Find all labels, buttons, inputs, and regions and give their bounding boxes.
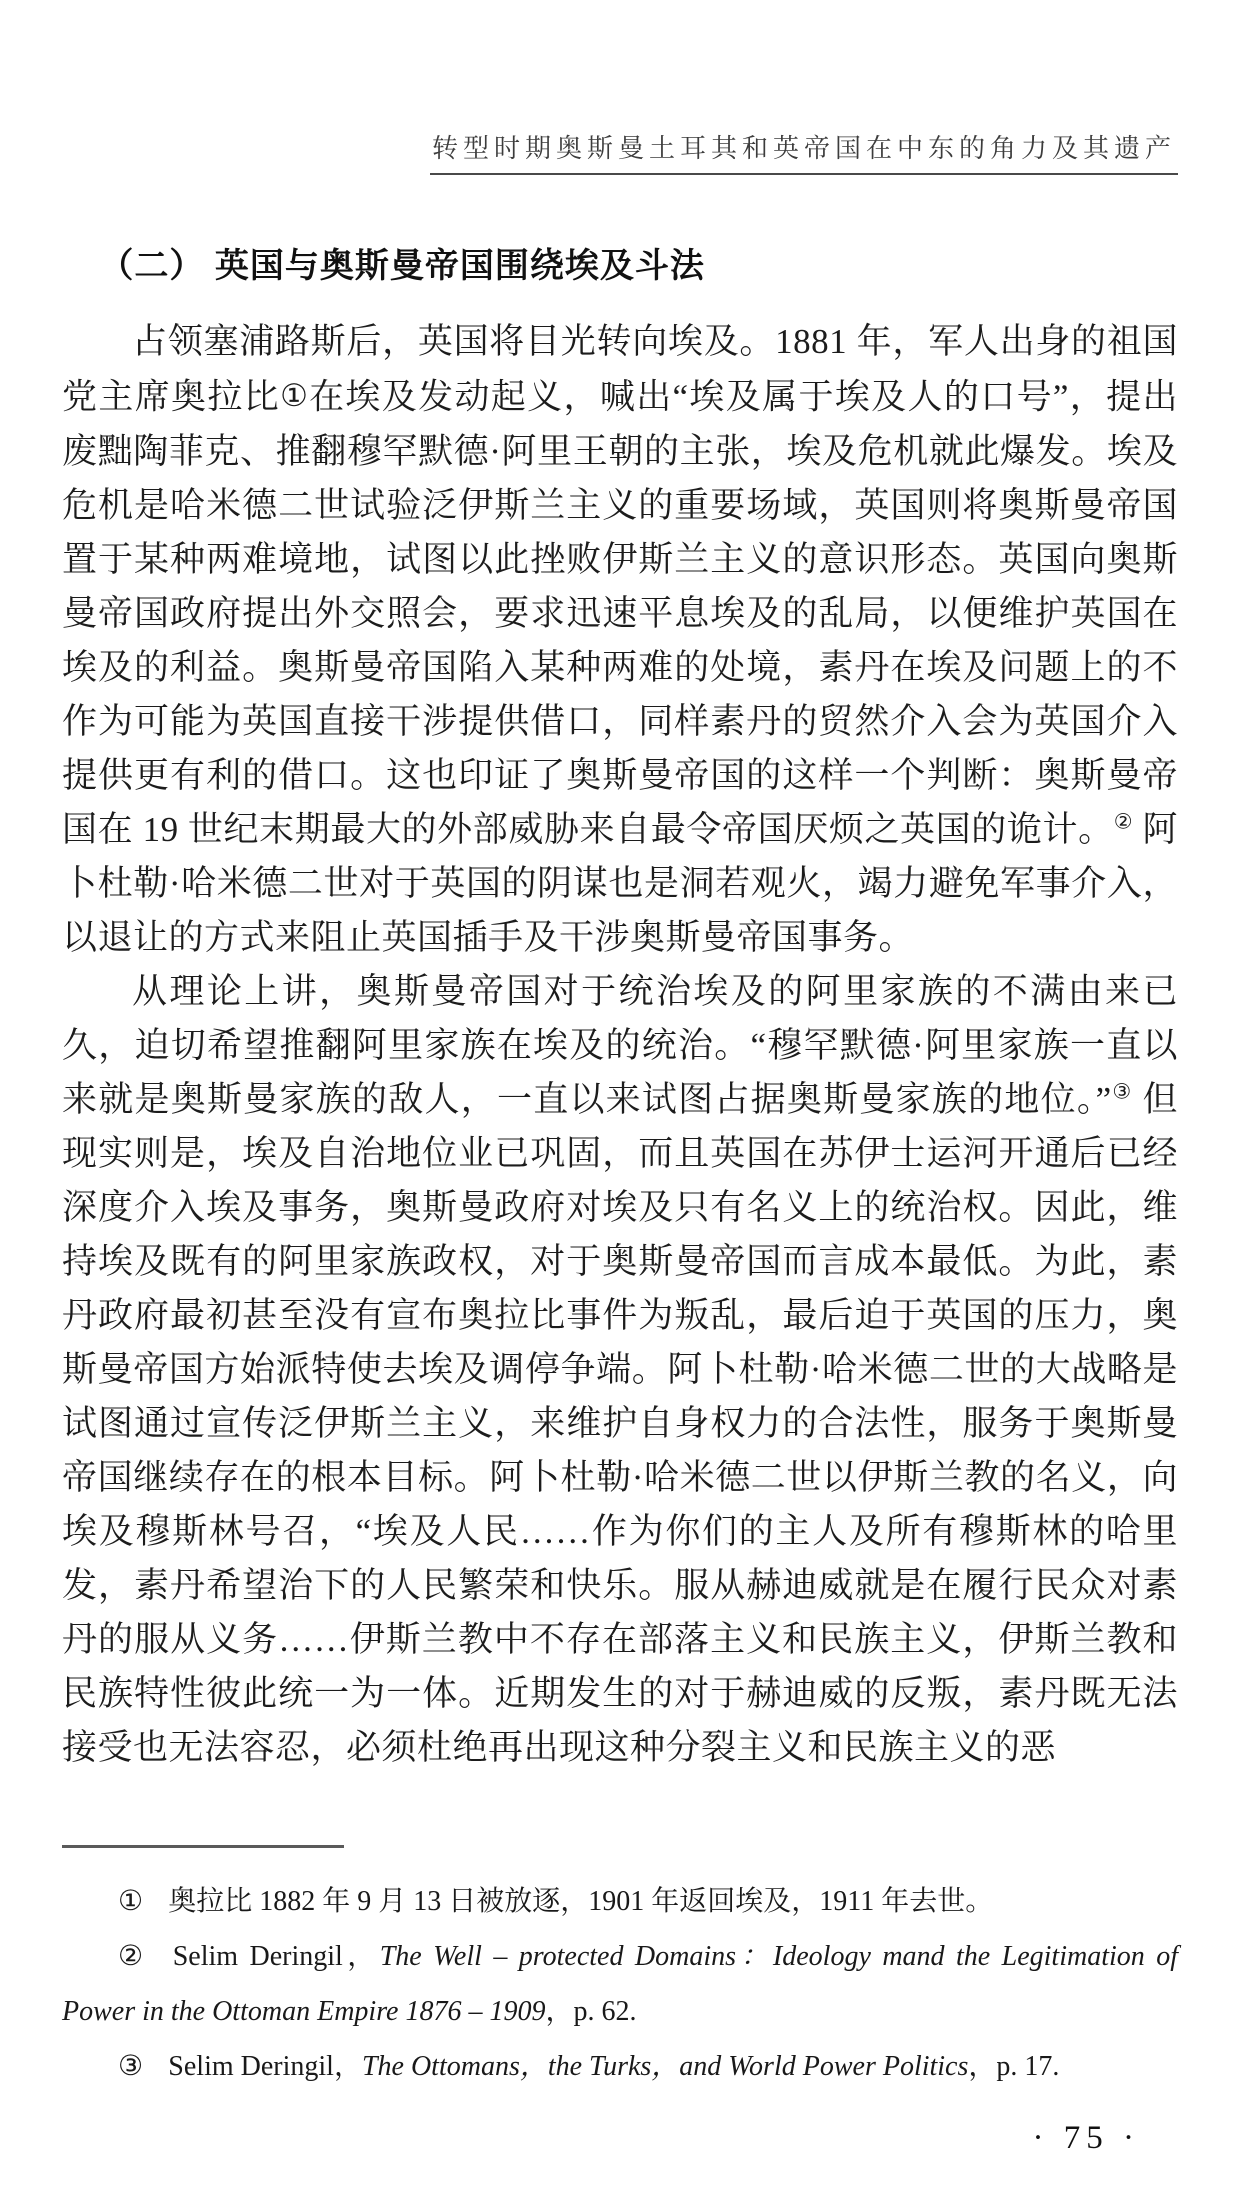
footnote-text: Selim Deringil， bbox=[173, 1941, 380, 1972]
body-text: 占领塞浦路斯后，英国将目光转向埃及。1881 年，军人出身的祖国党主席奥拉比①在… bbox=[62, 315, 1178, 1774]
running-head-title: 转型时期奥斯曼土耳其和英帝国在中东的角力及其遗产 bbox=[430, 128, 1178, 175]
footnote-work-title: The Ottomans，the Turks，and World Power P… bbox=[362, 2051, 968, 2082]
footnote-item: ②Selim Deringil，The Well – protected Dom… bbox=[62, 1929, 1178, 2039]
footnote-marker: ① bbox=[118, 1886, 143, 1917]
footnote-ref-marker: ① bbox=[280, 379, 309, 413]
footnote-item: ①奥拉比 1882 年 9 月 13 日被放逐，1901 年返回埃及，1911 … bbox=[62, 1874, 1178, 1929]
footnote-text: ，p. 62. bbox=[545, 1996, 636, 2027]
footnote-marker: ③ bbox=[118, 2051, 143, 2082]
section-heading: （二） 英国与奥斯曼帝国围绕埃及斗法 bbox=[62, 238, 1178, 287]
footnote-text: 奥拉比 1882 年 9 月 13 日被放逐，1901 年返回埃及，1911 年… bbox=[168, 1886, 993, 1917]
page-number: · 75 · bbox=[62, 2120, 1178, 2157]
footnote-ref-marker: ③ bbox=[1112, 1079, 1133, 1103]
book-page: 转型时期奥斯曼土耳其和英帝国在中东的角力及其遗产 （二） 英国与奥斯曼帝国围绕埃… bbox=[0, 0, 1242, 2208]
paragraph: 从理论上讲，奥斯曼帝国对于统治埃及的阿里家族的不满由来已久，迫切希望推翻阿里家族… bbox=[62, 965, 1178, 1775]
footnote-marker: ② bbox=[118, 1941, 148, 1972]
running-head: 转型时期奥斯曼土耳其和英帝国在中东的角力及其遗产 bbox=[62, 128, 1178, 180]
footnote-separator-rule bbox=[62, 1845, 344, 1848]
footnote-ref-marker: ② bbox=[1114, 809, 1133, 833]
footnotes: ①奥拉比 1882 年 9 月 13 日被放逐，1901 年返回埃及，1911 … bbox=[62, 1874, 1178, 2094]
paragraph-text: 从理论上讲，奥斯曼帝国对于统治埃及的阿里家族的不满由来已久，迫切希望推翻阿里家族… bbox=[62, 972, 1178, 1119]
footnote-text: Selim Deringil， bbox=[168, 2051, 362, 2082]
paragraph-text: 在埃及发动起义，喊出“埃及属于埃及人的口号”，提出废黜陶菲克、推翻穆罕默德·阿里… bbox=[62, 378, 1178, 849]
paragraph: 占领塞浦路斯后，英国将目光转向埃及。1881 年，军人出身的祖国党主席奥拉比①在… bbox=[62, 315, 1178, 964]
footnote-item: ③Selim Deringil，The Ottomans，the Turks，a… bbox=[62, 2039, 1178, 2094]
paragraph-text: 但现实则是，埃及自治地位业已巩固，而且英国在苏伊士运河开通后已经深度介入埃及事务… bbox=[62, 1080, 1178, 1767]
footnote-text: ，p. 17. bbox=[968, 2051, 1059, 2082]
